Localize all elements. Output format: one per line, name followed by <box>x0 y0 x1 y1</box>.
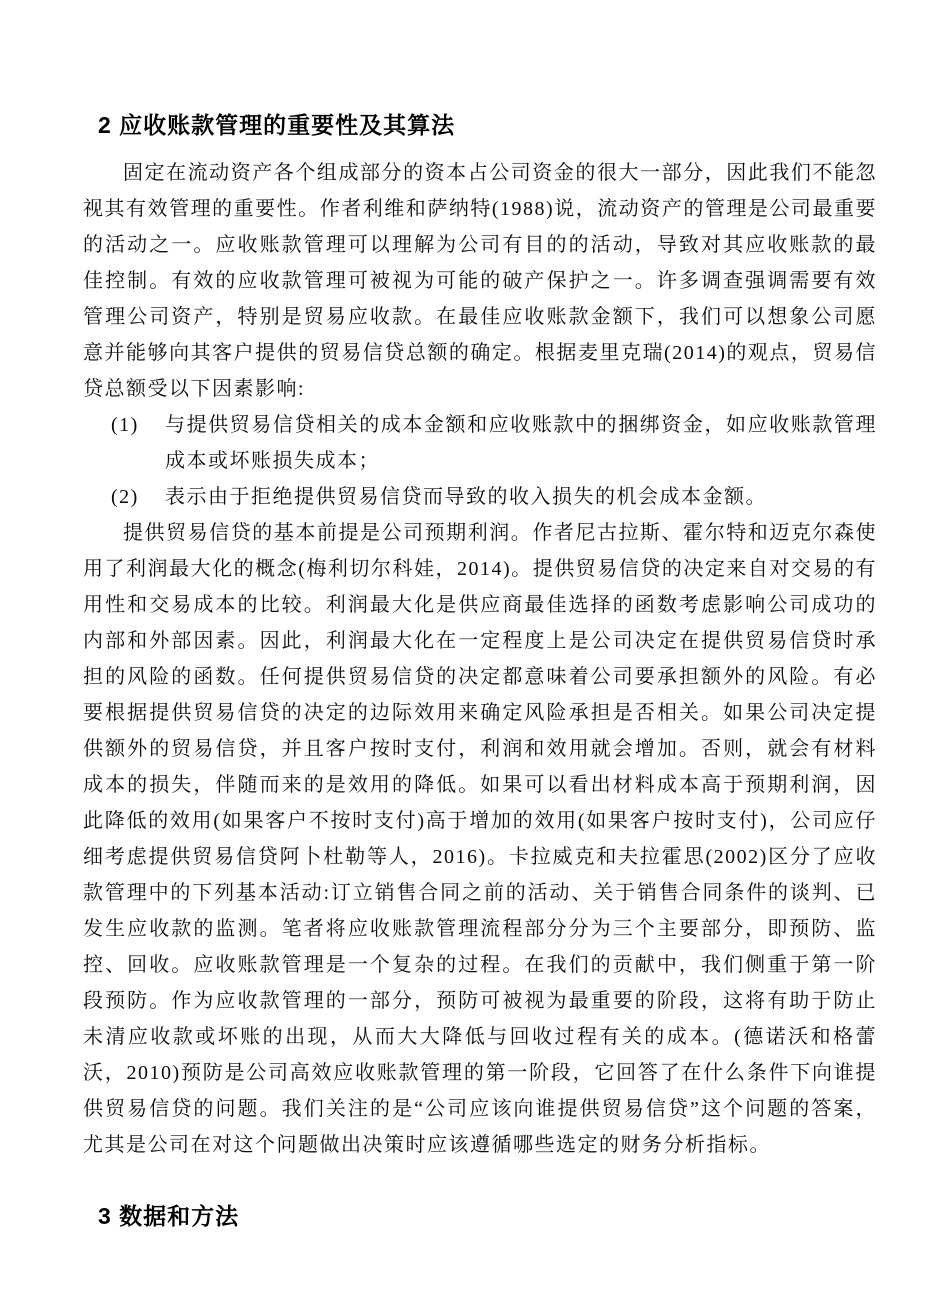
list-item: (2) 表示由于拒绝提供贸易信贷而导致的收入损失的机会成本金额。 <box>83 479 877 515</box>
section-2-paragraph-1: 固定在流动资产各个组成部分的资本占公司资金的很大一部分，因此我们不能忽视其有效管… <box>83 155 877 407</box>
section-2-body: 固定在流动资产各个组成部分的资本占公司资金的很大一部分，因此我们不能忽视其有效管… <box>83 155 877 1163</box>
section-3-heading: 3 数据和方法 <box>83 1201 877 1231</box>
list-item-number: (1) <box>83 407 165 443</box>
section-2-paragraph-2: 提供贸易信贷的基本前提是公司预期利润。作者尼古拉斯、霍尔特和迈克尔森使用了利润最… <box>83 515 877 1163</box>
page-content: 2 应收账款管理的重要性及其算法 固定在流动资产各个组成部分的资本占公司资金的很… <box>83 110 877 1231</box>
list-item-text: 与提供贸易信贷相关的成本金额和应收账款中的捆绑资金，如应收账款管理成本或坏账损失… <box>165 407 877 479</box>
factors-list: (1) 与提供贸易信贷相关的成本金额和应收账款中的捆绑资金，如应收账款管理成本或… <box>83 407 877 515</box>
document-page: 2 应收账款管理的重要性及其算法 固定在流动资产各个组成部分的资本占公司资金的很… <box>0 0 926 1309</box>
list-item-text: 表示由于拒绝提供贸易信贷而导致的收入损失的机会成本金额。 <box>165 479 877 515</box>
list-item: (1) 与提供贸易信贷相关的成本金额和应收账款中的捆绑资金，如应收账款管理成本或… <box>83 407 877 479</box>
list-item-number: (2) <box>83 479 165 515</box>
section-2-heading: 2 应收账款管理的重要性及其算法 <box>83 110 877 140</box>
